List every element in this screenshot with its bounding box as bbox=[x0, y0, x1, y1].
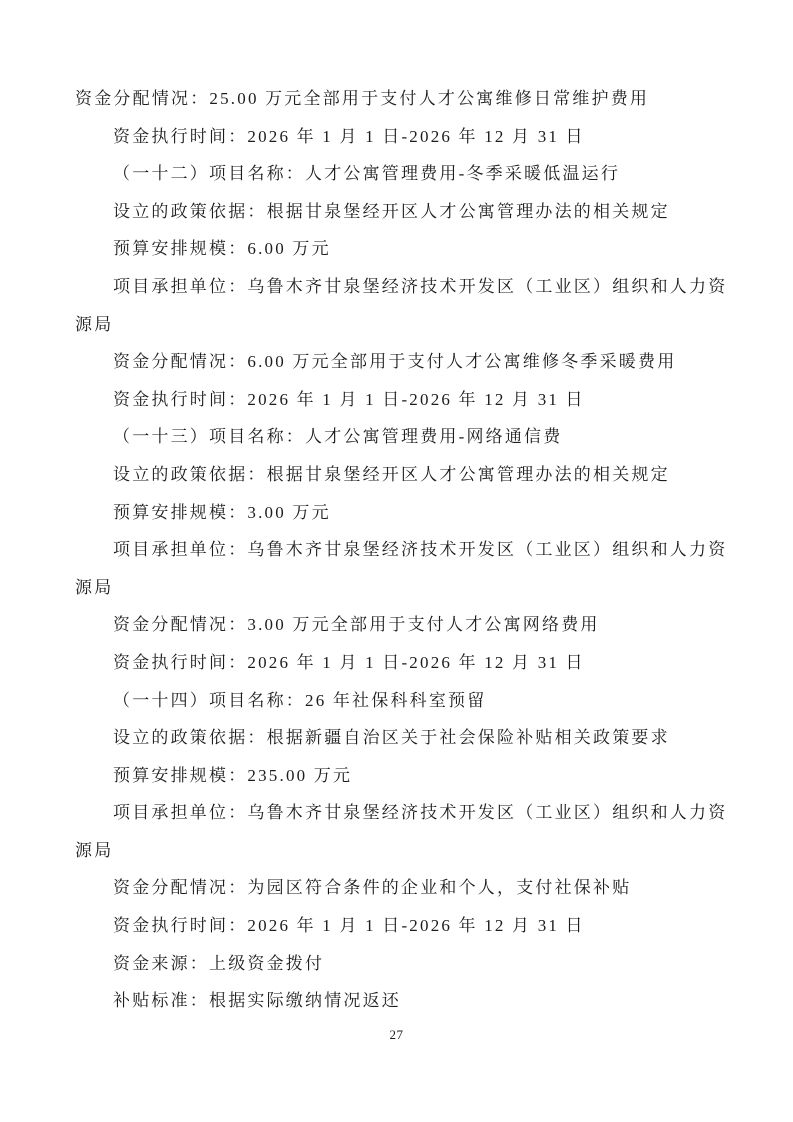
document-body: 资金分配情况：25.00 万元全部用于支付人才公寓维修日常维护费用 资金执行时间… bbox=[75, 80, 737, 1020]
text-line: 项目承担单位：乌鲁木齐甘泉堡经济技术开发区（工业区）组织和人力资 bbox=[75, 794, 737, 832]
text-line: 资金分配情况：为园区符合条件的企业和个人，支付社保补贴 bbox=[75, 869, 737, 907]
text-line: 资金执行时间：2026 年 1 月 1 日-2026 年 12 月 31 日 bbox=[75, 381, 737, 419]
text-line: 资金执行时间：2026 年 1 月 1 日-2026 年 12 月 31 日 bbox=[75, 118, 737, 156]
text-line: （一十三）项目名称：人才公寓管理费用-网络通信费 bbox=[75, 418, 737, 456]
text-line: 设立的政策依据：根据新疆自治区关于社会保险补贴相关政策要求 bbox=[75, 719, 737, 757]
text-line: 预算安排规模：6.00 万元 bbox=[75, 230, 737, 268]
text-line: （一十二）项目名称：人才公寓管理费用-冬季采暖低温运行 bbox=[75, 155, 737, 193]
text-line: 预算安排规模：3.00 万元 bbox=[75, 494, 737, 532]
a4-document-page: 资金分配情况：25.00 万元全部用于支付人才公寓维修日常维护费用 资金执行时间… bbox=[0, 0, 793, 1122]
text-line: 项目承担单位：乌鲁木齐甘泉堡经济技术开发区（工业区）组织和人力资 bbox=[75, 268, 737, 306]
text-line: 预算安排规模：235.00 万元 bbox=[75, 757, 737, 795]
text-line: 资金分配情况：25.00 万元全部用于支付人才公寓维修日常维护费用 bbox=[75, 80, 737, 118]
text-line: 源局 bbox=[75, 832, 737, 870]
text-line: 设立的政策依据：根据甘泉堡经开区人才公寓管理办法的相关规定 bbox=[75, 193, 737, 231]
text-line: （一十四）项目名称：26 年社保科科室预留 bbox=[75, 682, 737, 720]
text-line: 源局 bbox=[75, 569, 737, 607]
text-line: 源局 bbox=[75, 306, 737, 344]
text-line: 资金来源：上级资金拨付 bbox=[75, 945, 737, 983]
text-line: 资金分配情况：6.00 万元全部用于支付人才公寓维修冬季采暖费用 bbox=[75, 343, 737, 381]
text-line: 资金执行时间：2026 年 1 月 1 日-2026 年 12 月 31 日 bbox=[75, 644, 737, 682]
page-number: 27 bbox=[0, 1027, 793, 1043]
text-line: 补贴标准：根据实际缴纳情况返还 bbox=[75, 982, 737, 1020]
text-line: 资金执行时间：2026 年 1 月 1 日-2026 年 12 月 31 日 bbox=[75, 907, 737, 945]
text-line: 资金分配情况：3.00 万元全部用于支付人才公寓网络费用 bbox=[75, 606, 737, 644]
text-line: 设立的政策依据：根据甘泉堡经开区人才公寓管理办法的相关规定 bbox=[75, 456, 737, 494]
text-line: 项目承担单位：乌鲁木齐甘泉堡经济技术开发区（工业区）组织和人力资 bbox=[75, 531, 737, 569]
